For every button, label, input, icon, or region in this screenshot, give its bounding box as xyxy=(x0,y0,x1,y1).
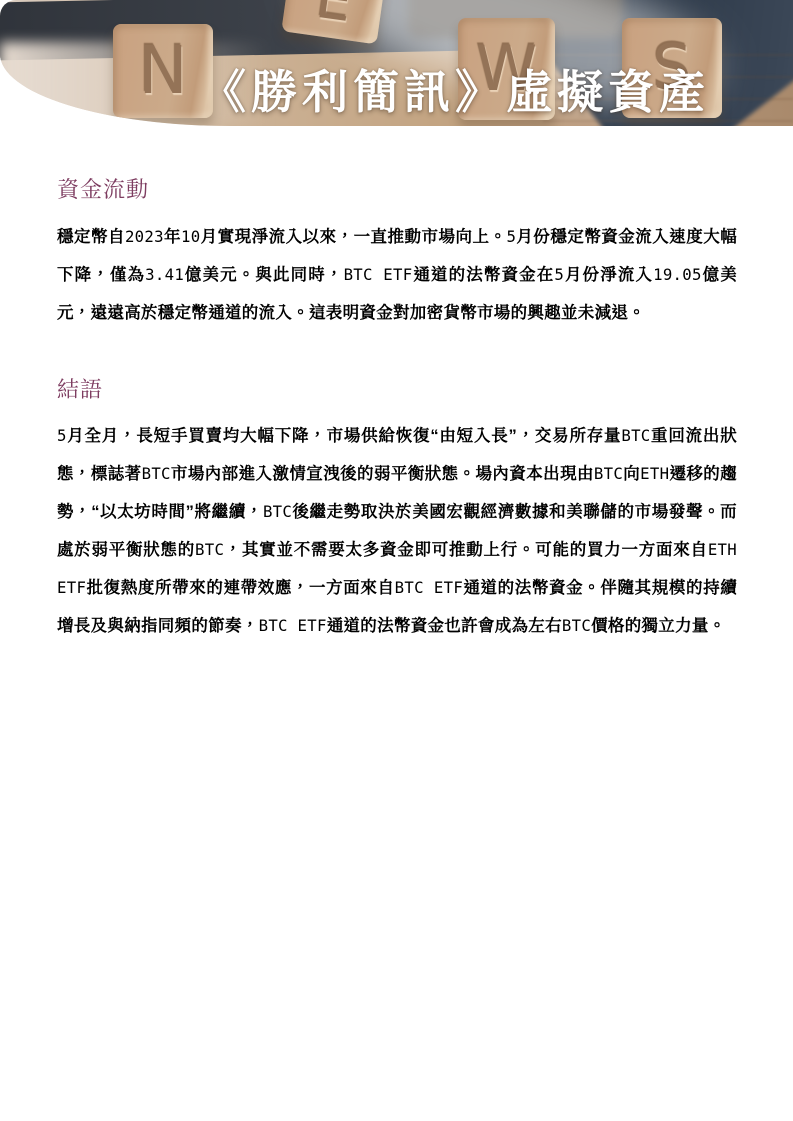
latin-run: BTC ETF xyxy=(259,616,327,635)
latin-run: 19.05 xyxy=(653,265,702,284)
latin-run: 5 xyxy=(554,265,564,284)
latin-run: 10 xyxy=(181,227,200,246)
latin-run: BTC xyxy=(195,540,224,559)
latin-run: 3.41 xyxy=(145,265,184,284)
latin-run: BTC xyxy=(263,502,292,521)
latin-run: 2023 xyxy=(125,227,164,246)
page-title: 《勝利簡訊》虛擬資產 xyxy=(200,56,710,122)
latin-run: 5 xyxy=(506,227,516,246)
latin-run: BTC xyxy=(562,616,591,635)
paragraph-conclusion: 5月全月，長短手買賣均大幅下降，市場供給恢復“由短入長”，交易所存量BTC重回流… xyxy=(57,417,737,645)
latin-run: BTC xyxy=(594,464,623,483)
latin-run: ETH xyxy=(640,464,669,483)
block-letter-n: N xyxy=(138,38,187,104)
latin-run: 5 xyxy=(57,426,67,445)
wood-block-n: N xyxy=(113,24,213,118)
section-heading-fund-flows: 資金流動 xyxy=(57,176,737,205)
paragraph-fund-flows: 穩定幣自2023年10月實現淨流入以來，一直推動市場向上。5月份穩定幣資金流入速… xyxy=(57,218,737,332)
header-photo: N E W S 《勝利簡訊》虛擬資產 xyxy=(0,0,793,126)
latin-run: BTC ETF xyxy=(395,578,463,597)
section-fund-flows: 資金流動 穩定幣自2023年10月實現淨流入以來，一直推動市場向上。5月份穩定幣… xyxy=(57,176,737,332)
latin-run: BTC xyxy=(142,464,171,483)
latin-run: BTC ETF xyxy=(344,265,413,284)
section-conclusion: 結語 5月全月，長短手買賣均大幅下降，市場供給恢復“由短入長”，交易所存量BTC… xyxy=(57,376,737,646)
section-heading-conclusion: 結語 xyxy=(57,376,737,405)
newsletter-body: 資金流動 穩定幣自2023年10月實現淨流入以來，一直推動市場向上。5月份穩定幣… xyxy=(0,126,793,645)
latin-run: BTC xyxy=(621,426,650,445)
newsletter-page: N E W S 《勝利簡訊》虛擬資產 資金流動 穩定幣自2023年10月實現淨流… xyxy=(0,0,793,1121)
block-letter-e: E xyxy=(313,0,356,31)
